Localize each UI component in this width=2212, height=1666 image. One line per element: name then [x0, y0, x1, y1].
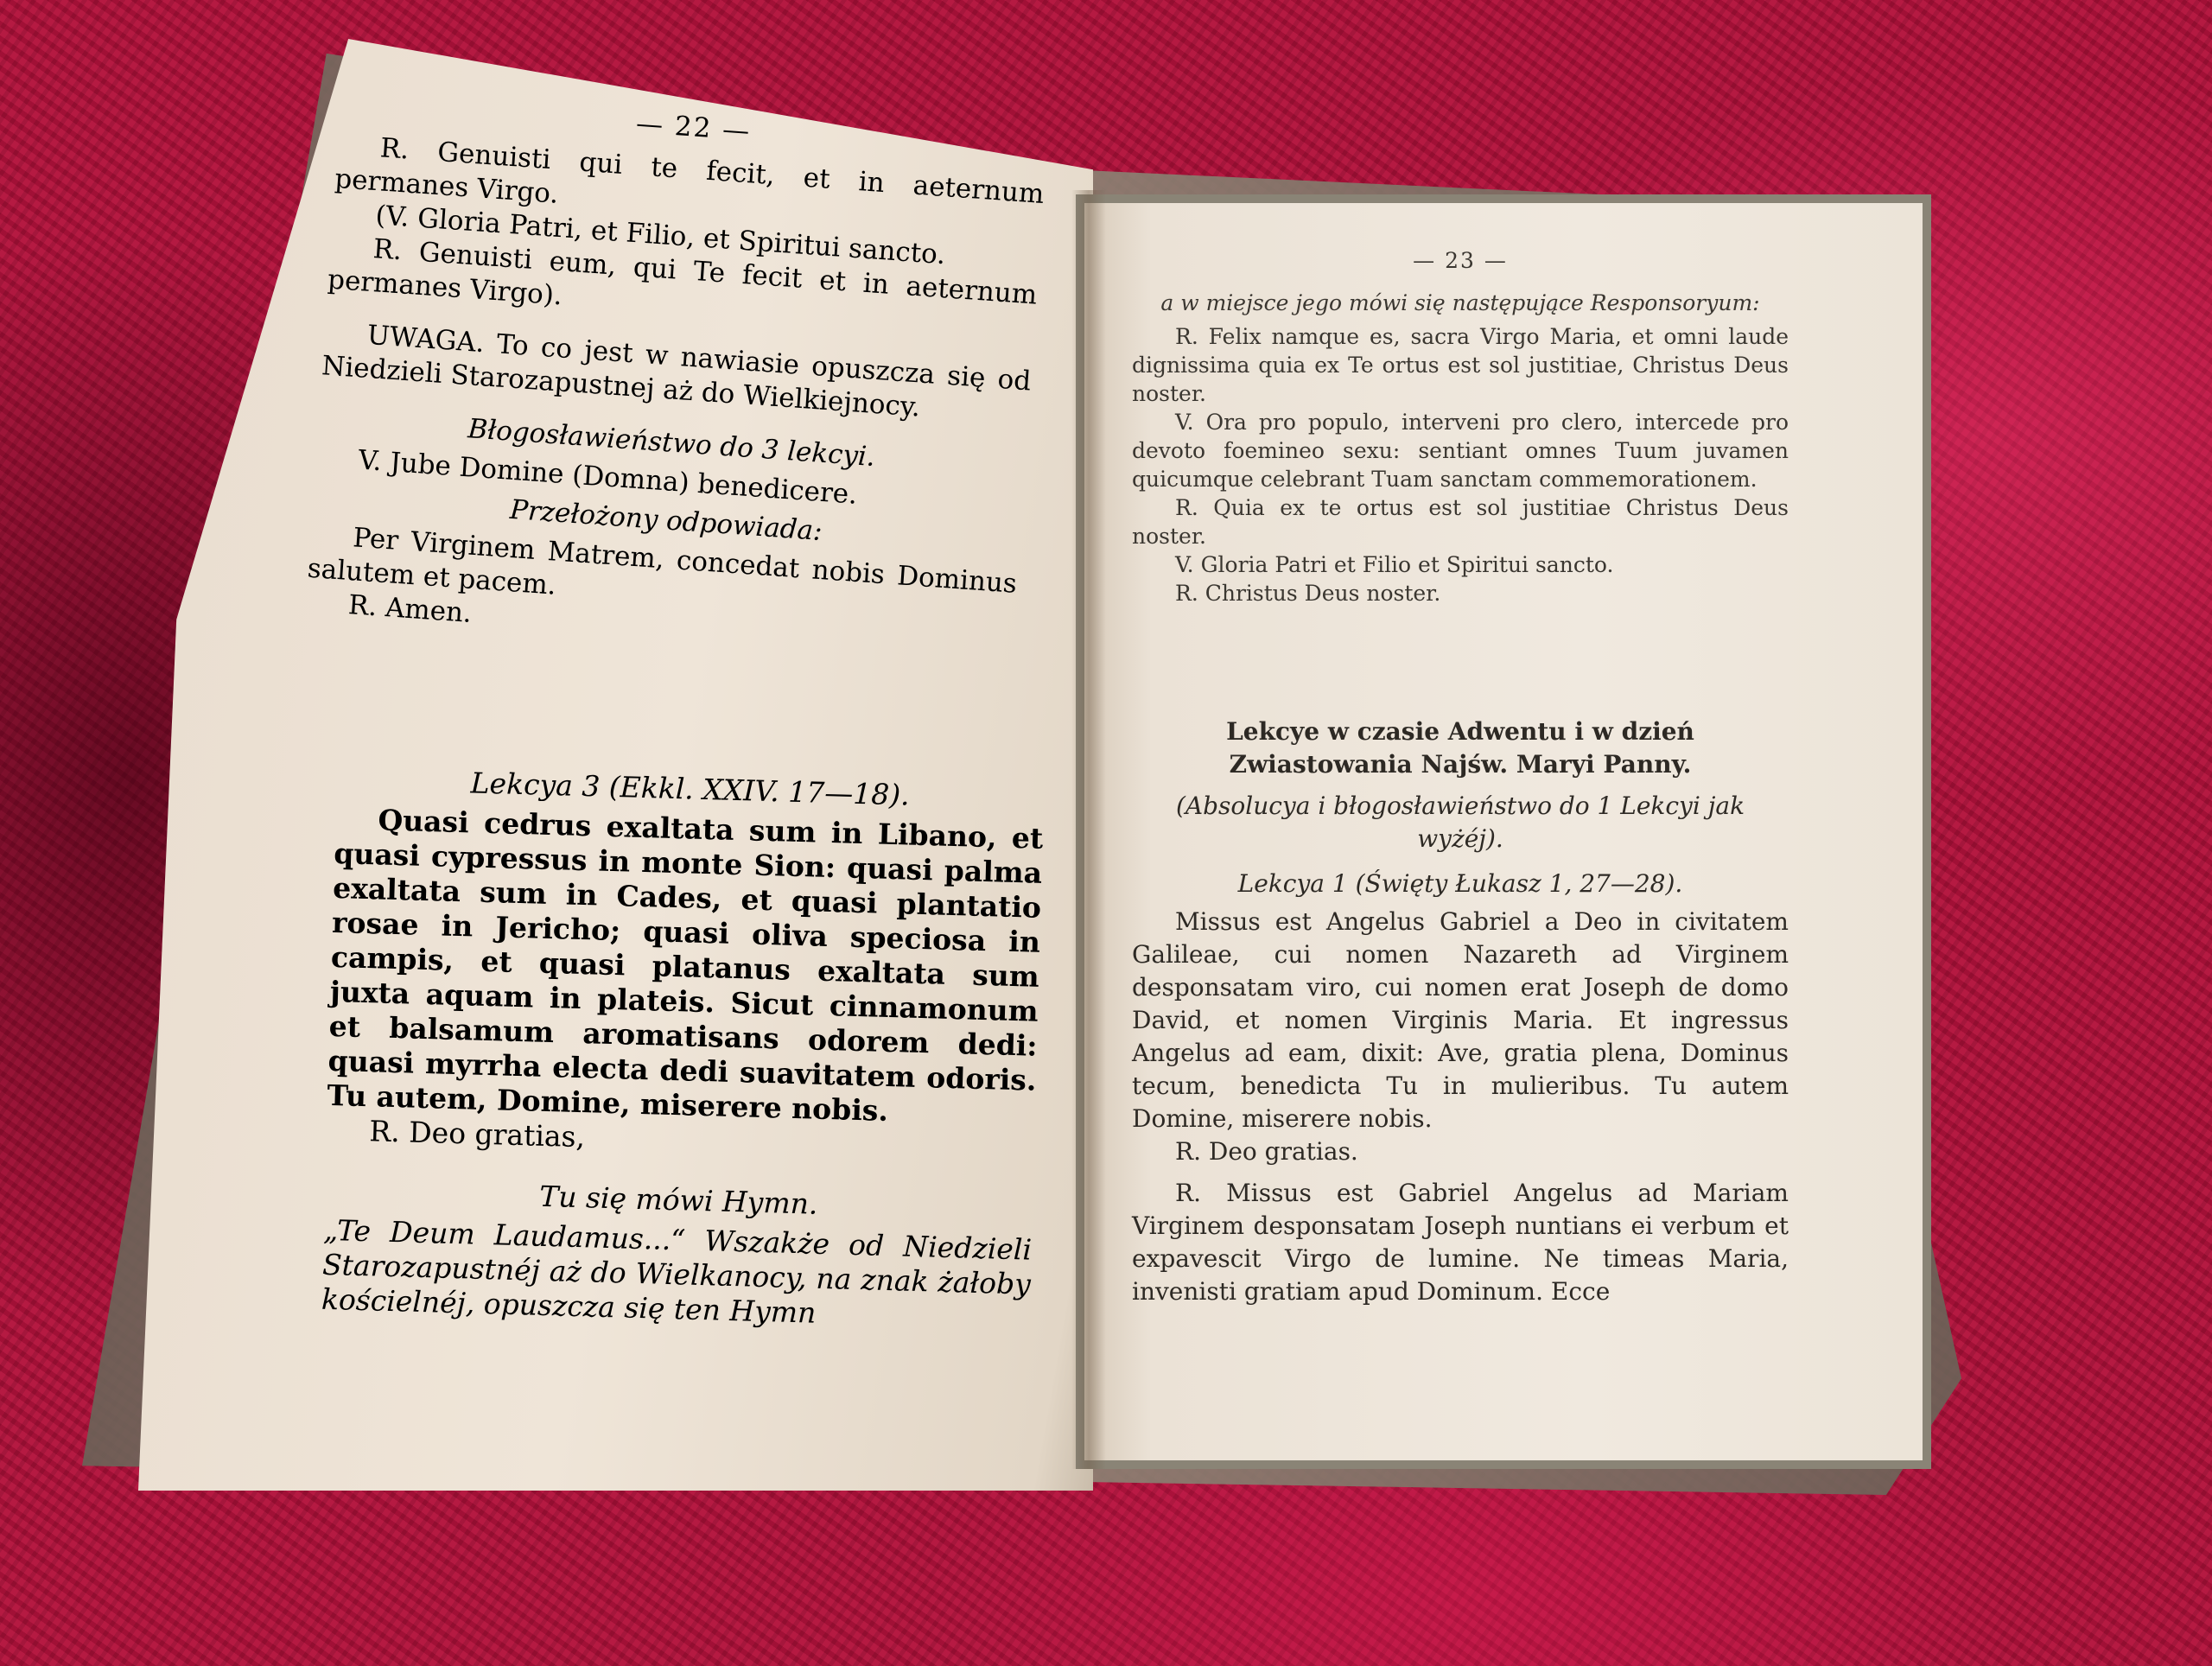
responsory-line: R. Christus Deus noster.: [1132, 579, 1789, 607]
book-gutter: [1071, 190, 1106, 1469]
right-page-lower-text: Lekcye w czasie Adwentu i w dzień Zwiast…: [1132, 709, 1789, 1308]
responsory-intro: a w miejsce jego mówi się następujące Re…: [1132, 289, 1789, 317]
lesson-1-text: Missus est Angelus Gabriel a Deo in civi…: [1132, 906, 1789, 1135]
left-page-upper-text: — 22 — R. Genuisti qui te fecit, et in a…: [304, 86, 1048, 669]
lesson-3-text: Quasi cedrus exaltata sum in Libano, et …: [327, 802, 1044, 1133]
responsory-line: R. Felix namque es, sacra Virgo Maria, e…: [1132, 322, 1789, 408]
lesson-1-heading: Lekcya 1 (Święty Łukasz 1, 27—28).: [1132, 868, 1789, 900]
hymn-note: „Te Deum Laudamus...“ Wszakże od Niedzie…: [321, 1213, 1032, 1337]
responsory-line: V. Gloria Patri et Filio et Spiritui san…: [1132, 550, 1789, 579]
responsory-line: R. Quia ex te ortus est sol justitiae Ch…: [1132, 493, 1789, 550]
page-number-23: — 23 —: [1132, 246, 1789, 275]
right-page-upper-text: — 23 — a w miejsce jego mówi się następu…: [1132, 246, 1789, 607]
left-page-lower-text: Lekcya 3 (Ekkl. XXIV. 17—18). Quasi cedr…: [321, 743, 1045, 1337]
section-heading: Lekcye w czasie Adwentu i w dzień Zwiast…: [1132, 715, 1789, 781]
deo-gratias-line: R. Deo gratias.: [1132, 1135, 1789, 1168]
absolution-note: (Absolucya i błogosławieństwo do 1 Lekcy…: [1132, 790, 1789, 855]
missus-responsory: R. Missus est Gabriel Angelus ad Mariam …: [1132, 1177, 1789, 1308]
responsory-line: V. Ora pro populo, interveni pro clero, …: [1132, 408, 1789, 493]
